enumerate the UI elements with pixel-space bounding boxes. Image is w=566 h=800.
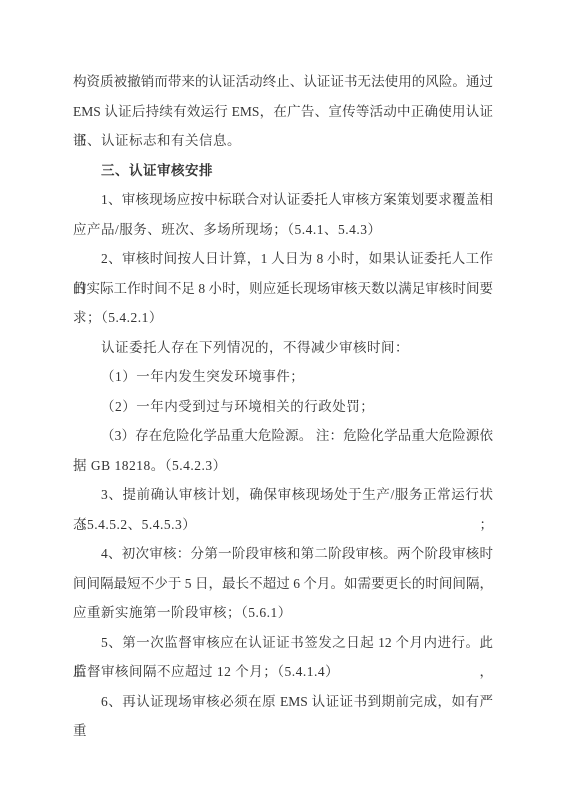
text-line: （3）存在危险化学品重大危险源。 注：危险化学品重大危险源依 bbox=[73, 421, 493, 451]
text-line: 5、第一次监督审核应在认证证书签发之日起 12 个月内进行。此后， bbox=[73, 628, 493, 658]
text-line: 求；（5.4.2.1） bbox=[73, 303, 493, 333]
text-line: 据 GB 18218。（5.4.2.3） bbox=[73, 451, 493, 481]
text-line: 4、初次审核：分第一阶段审核和第二阶段审核。两个阶段审核时 bbox=[73, 539, 493, 569]
text-line: 的实际工作时间不足 8 小时，则应延长现场审核天数以满足审核时间要 bbox=[73, 274, 493, 304]
text-line: （2）一年内受到过与环境相关的行政处罚； bbox=[73, 392, 493, 422]
text-line: （1）一年内发生突发环境事件； bbox=[73, 362, 493, 392]
text-line: 书、认证标志和有关信息。 bbox=[73, 126, 493, 156]
document-body: 构资质被撤销而带来的认证活动终止、认证证书无法使用的风险。通过EMS 认证后持续… bbox=[73, 67, 493, 716]
text-line: 应产品/服务、班次、多场所现场；（5.4.1、5.4.3） bbox=[73, 215, 493, 245]
text-line: 1、审核现场应按中标联合对认证委托人审核方案策划要求覆盖相 bbox=[73, 185, 493, 215]
section-heading: 三、认证审核安排 bbox=[73, 156, 493, 186]
text-line: 间间隔最短不少于 5 日，最长不超过 6 个月。如需要更长的时间间隔， bbox=[73, 569, 493, 599]
text-line: 2、审核时间按人日计算，1 人日为 8 小时，如果认证委托人工作日 bbox=[73, 244, 493, 274]
text-line: 构资质被撤销而带来的认证活动终止、认证证书无法使用的风险。通过 bbox=[73, 67, 493, 97]
text-line: 认证委托人存在下列情况的，不得减少审核时间： bbox=[73, 333, 493, 363]
text-line: EMS 认证后持续有效运行 EMS，在广告、宣传等活动中正确使用认证证 bbox=[73, 97, 493, 127]
document-page: 构资质被撤销而带来的认证活动终止、认证证书无法使用的风险。通过EMS 认证后持续… bbox=[0, 0, 566, 800]
text-line: 应重新实施第一阶段审核；（5.6.1） bbox=[73, 598, 493, 628]
text-line: 3、提前确认审核计划，确保审核现场处于生产/服务正常运行状态； bbox=[73, 480, 493, 510]
text-line: 6、再认证现场审核必须在原 EMS 认证证书到期前完成，如有严重 bbox=[73, 687, 493, 717]
